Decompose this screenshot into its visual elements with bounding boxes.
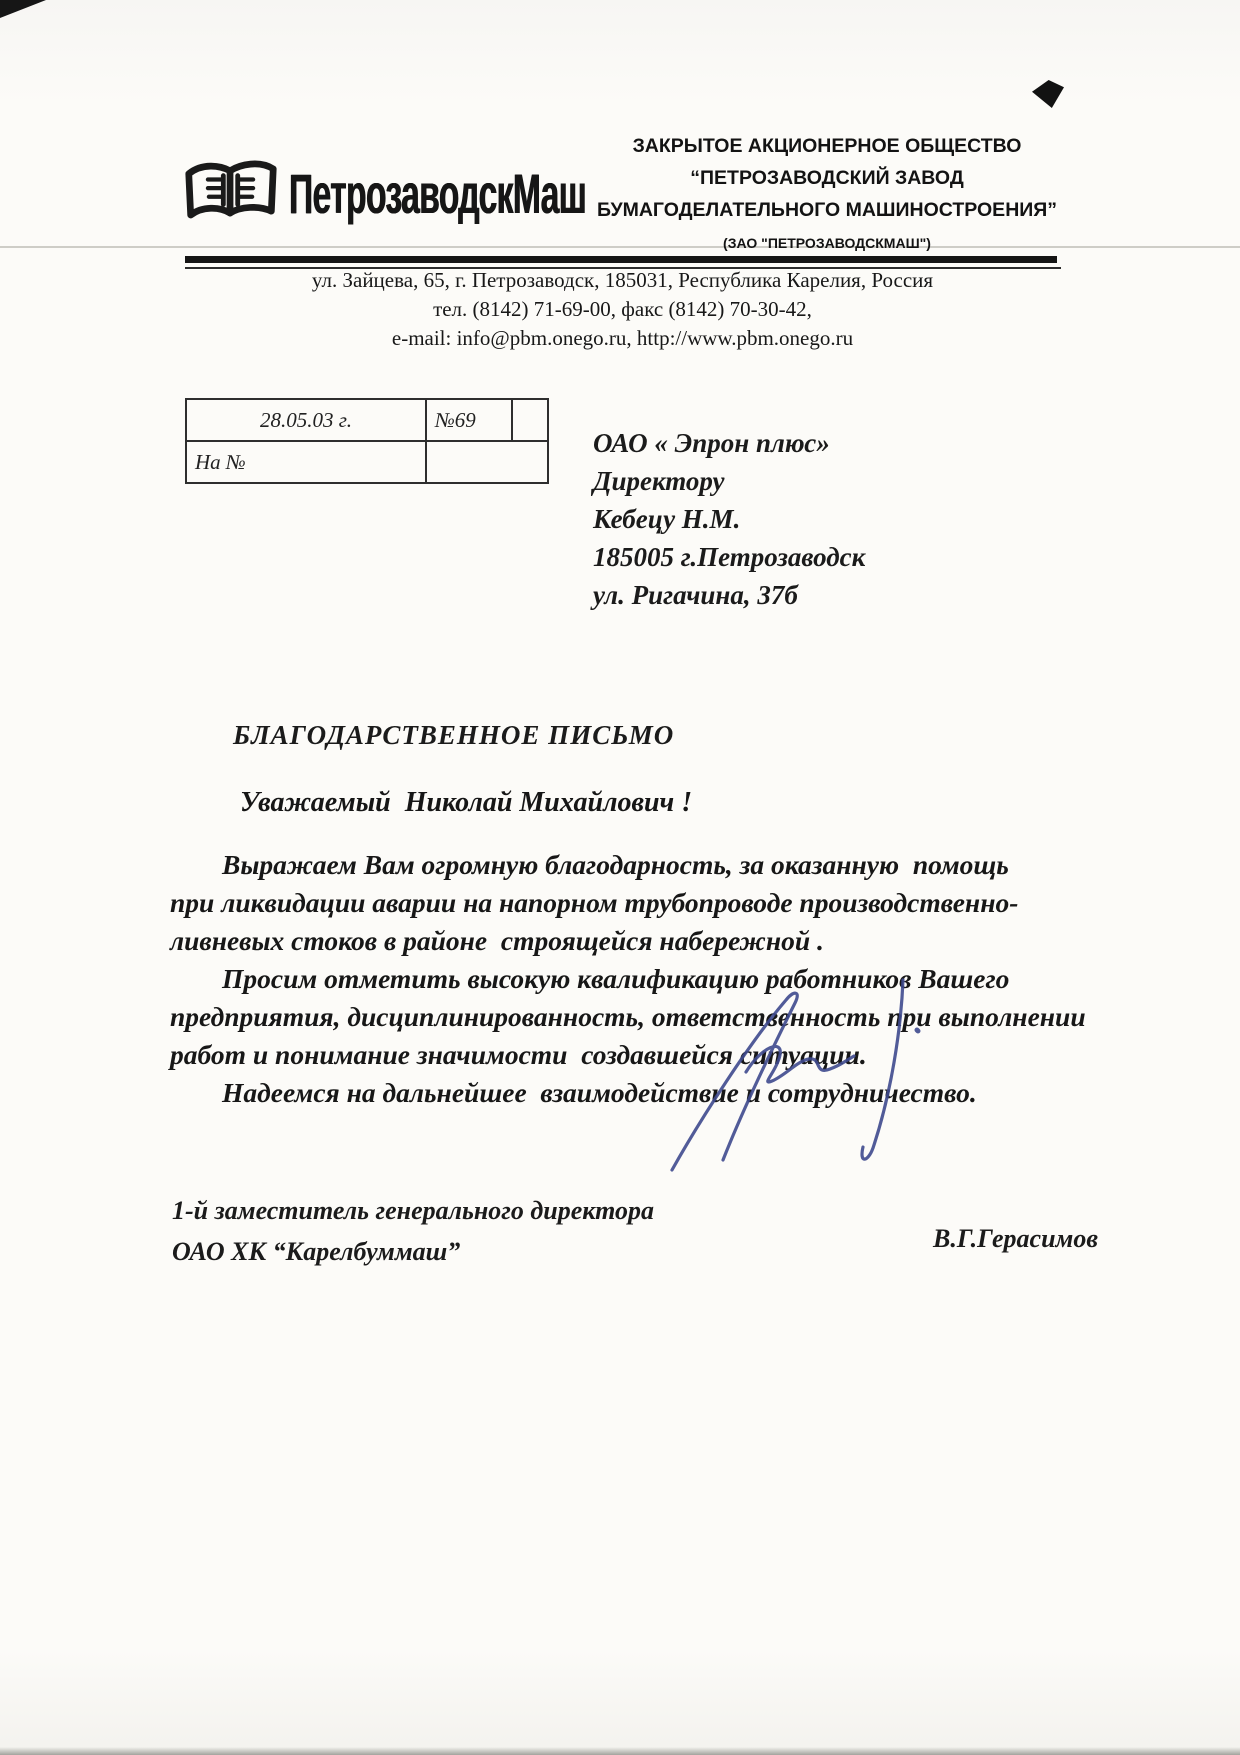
- recipient-company: ОАО « Эпрон плюс»: [593, 424, 865, 462]
- company-name-line-3: БУМАГОДЕЛАТЕЛЬНОГО МАШИНОСТРОЕНИЯ”: [592, 194, 1062, 226]
- company-name-line-2: “ПЕТРОЗАВОДСКИЙ ЗАВОД: [592, 162, 1062, 194]
- scan-bottom-edge: [0, 1747, 1240, 1755]
- scan-artifact-top-right: [1032, 80, 1064, 108]
- logo-wordmark: ПетрозаводскМаш: [289, 162, 586, 226]
- letter-number: №69: [427, 400, 513, 440]
- recipient-position: Директору: [593, 462, 865, 500]
- recipient-block: ОАО « Эпрон плюс» Директору Кебецу Н.М. …: [593, 424, 865, 614]
- empty-cell: [513, 400, 547, 440]
- salutation-line: Уважаемый Николай Михайлович !: [240, 787, 692, 819]
- company-name-line-1: ЗАКРЫТОЕ АКЦИОНЕРНОЕ ОБЩЕСТВО: [592, 130, 1062, 162]
- phone-fax-line: тел. (8142) 71-69-00, факс (8142) 70-30-…: [185, 295, 1060, 324]
- recipient-city: 185005 г.Петрозаводск: [593, 538, 865, 576]
- postal-address-line: ул. Зайцева, 65, г. Петрозаводск, 185031…: [185, 266, 1060, 295]
- open-book-logo-icon: [183, 156, 279, 226]
- recipient-name: Кебецу Н.М.: [593, 500, 865, 538]
- signer-position-line-1: 1-й заместитель генерального директора: [172, 1190, 654, 1231]
- reply-to-label: На №: [187, 442, 427, 482]
- recipient-street: ул. Ригачина, 37б: [593, 576, 865, 614]
- empty-cell: [427, 442, 547, 482]
- signer-position-block: 1-й заместитель генерального директора О…: [172, 1190, 654, 1272]
- reference-row-2: На №: [187, 442, 547, 482]
- letter-date: 28.05.03 г.: [187, 400, 427, 440]
- reference-table: 28.05.03 г. №69 На №: [185, 398, 549, 484]
- divider-bar: [185, 256, 1057, 263]
- signer-name: В.Г.Герасимов: [933, 1224, 1098, 1254]
- body-line: при ликвидации аварии на напорном трубоп…: [170, 884, 1060, 922]
- handwritten-signature: [650, 968, 950, 1180]
- scan-artifact-top-left: [0, 0, 46, 18]
- company-name-block: ЗАКРЫТОЕ АКЦИОНЕРНОЕ ОБЩЕСТВО “ПЕТРОЗАВО…: [592, 130, 1062, 254]
- company-short-name: (ЗАО "ПЕТРОЗАВОДСКМАШ"): [592, 232, 1062, 254]
- body-line: Выражаем Вам огромную благодарность, за …: [170, 846, 1060, 884]
- reference-row-1: 28.05.03 г. №69: [187, 400, 547, 442]
- letter-title: БЛАГОДАРСТВЕННОЕ ПИСЬМО: [233, 720, 674, 751]
- scanned-letter-page: ПетрозаводскМаш ЗАКРЫТОЕ АКЦИОНЕРНОЕ ОБЩ…: [0, 0, 1240, 1755]
- signer-position-line-2: ОАО ХК “Карелбуммаш”: [172, 1231, 654, 1272]
- email-web-line: e-mail: info@pbm.onego.ru, http://www.pb…: [185, 324, 1060, 353]
- body-line: ливневых стоков в районе строящейся набе…: [170, 922, 1060, 960]
- address-block: ул. Зайцева, 65, г. Петрозаводск, 185031…: [185, 266, 1060, 353]
